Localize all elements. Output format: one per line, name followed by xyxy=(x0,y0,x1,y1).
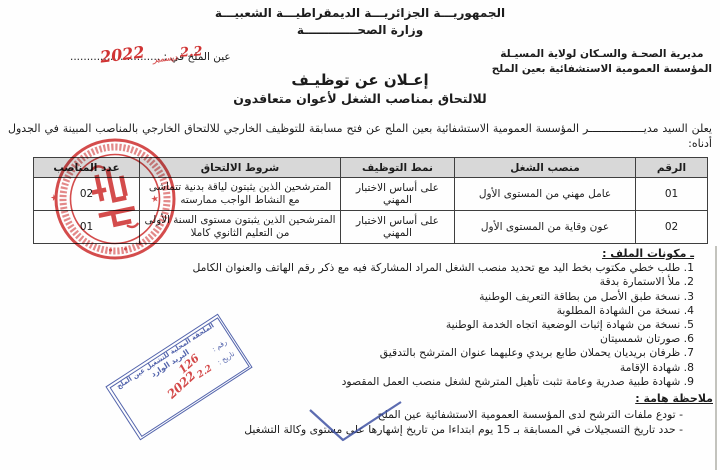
handwritten-day: 2.2 xyxy=(180,44,204,61)
cell-position: عون وقاية من المستوى الأول xyxy=(455,211,636,244)
col-header-position: منصب الشغل xyxy=(455,158,636,178)
col-header-mode: نمط التوظيف xyxy=(341,158,455,178)
list-item: 3. نسخة طبق الأصل من بطاقة التعريف الوطن… xyxy=(8,290,694,304)
list-item: 4. نسخة من الشهادة المطلوبة xyxy=(8,304,694,318)
cell-number: 01 xyxy=(636,178,708,211)
scan-edge-artifact xyxy=(715,246,717,470)
file-components-section: ـ مكونات الملف : 1. طلب خطي مكتوب بخط ال… xyxy=(8,247,694,389)
cell-mode: على أساس الاختبار المهني xyxy=(341,211,455,244)
cell-mode: على أساس الاختبار المهني xyxy=(341,178,455,211)
svg-text:★: ★ xyxy=(50,193,60,204)
list-item: 2. ملأ الاستمارة بدقة xyxy=(8,275,694,289)
republic-title: الجمهوريـــة الجزائريـــة الديمقراطيـــة… xyxy=(0,5,720,22)
document-header: الجمهوريـــة الجزائريـــة الديمقراطيـــة… xyxy=(0,5,720,39)
cell-number: 02 xyxy=(636,211,708,244)
announcement-title: إعـلان عن توظيـف xyxy=(0,71,720,89)
list-item: 8. شهادة الإقامة xyxy=(8,361,694,375)
list-item: 7. ظرفان بريديان يحملان طابع بريدي وعليه… xyxy=(8,346,694,360)
mail-date-label: تاريخ : xyxy=(216,350,236,367)
col-header-number: الرقم xyxy=(636,158,708,178)
directorate-line: مديرية الصحـة والسـكان لولاية المسيـلة xyxy=(492,47,712,62)
announcement-title-block: إعـلان عن توظيـف للالتحاق بمناصب الشغل ل… xyxy=(0,71,720,106)
list-item: 5. نسخة من شهادة إثبات الوضعية اتجاه الخ… xyxy=(8,318,694,332)
cell-position: عامل مهني من المستوى الأول xyxy=(455,178,636,211)
announcement-subtitle: للالتحاق بمناصب الشغل لأعوان متعاقدون xyxy=(0,91,720,106)
ministry-title: وزارة الصحـــــــــــــة xyxy=(0,22,720,39)
scanned-document-page: الجمهوريـــة الجزائريـــة الديمقراطيـــة… xyxy=(0,0,720,470)
blue-checkmark-icon xyxy=(305,398,405,444)
date-line: عين الملح في : .........................… xyxy=(70,51,231,63)
round-official-stamp-icon: ★ ★ xyxy=(40,124,189,273)
list-item: 6. صورتان شمسيتان xyxy=(8,332,694,346)
svg-text:★: ★ xyxy=(150,194,160,205)
